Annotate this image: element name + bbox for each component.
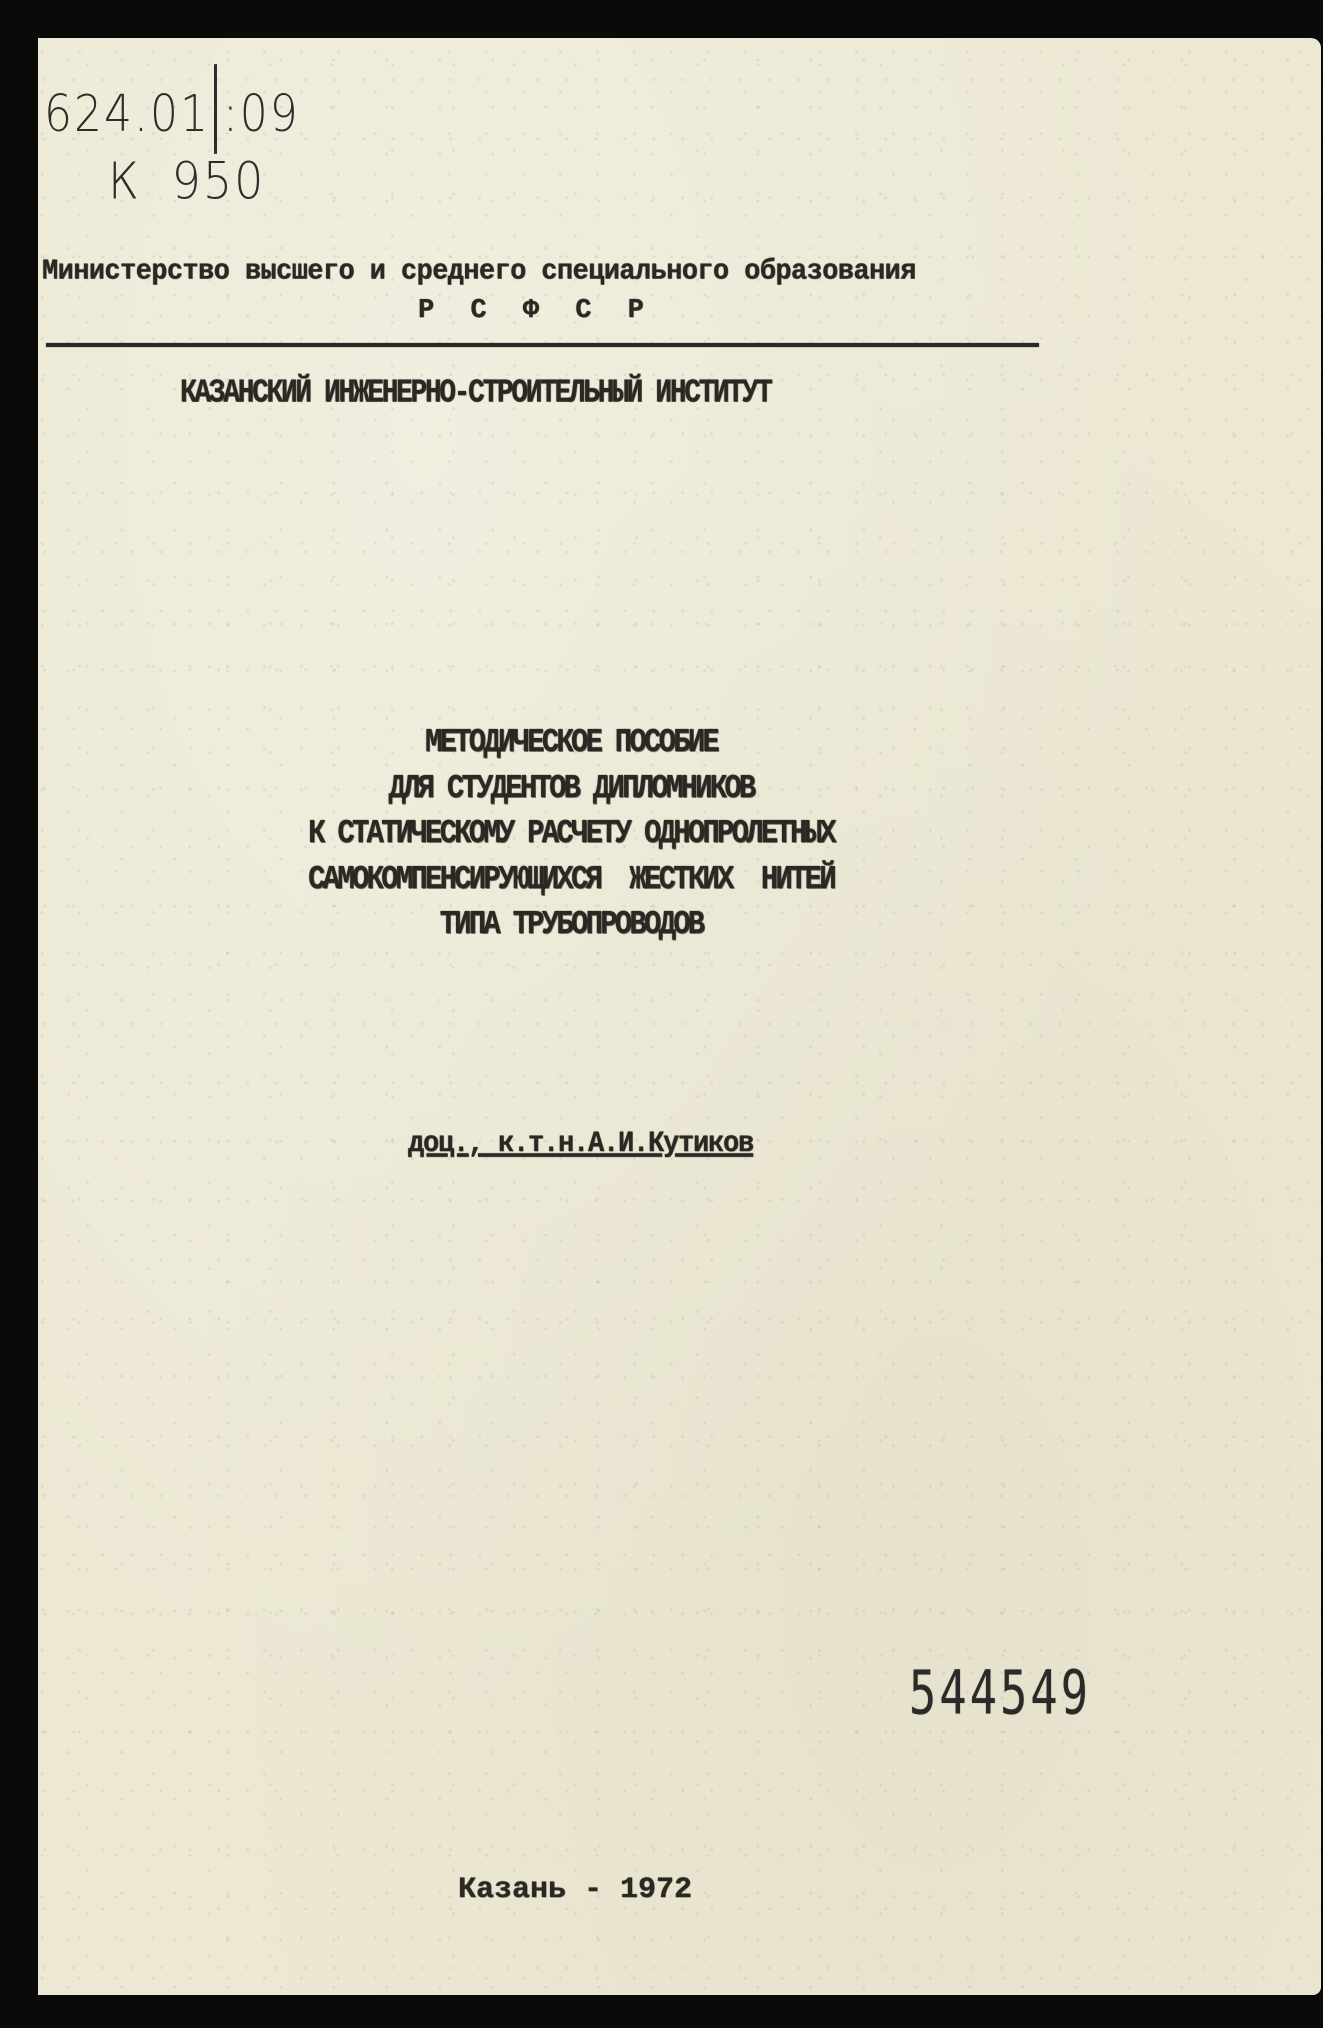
author-line: доц., к.т.н.А.И.Кутиков: [408, 1128, 753, 1161]
ministry-heading: Министерство высшего и среднего специаль…: [42, 256, 1042, 288]
title-line: К СТАТИЧЕСКОМУ РАСЧЕТУ ОДНОПРОЛЕТНЫХ: [38, 808, 1104, 860]
inventory-stamp-number: 544549: [909, 1657, 1091, 1728]
handwritten-udc-code: 624.01:09: [44, 64, 300, 154]
institute-heading: КАЗАНСКИЙ ИНЖЕНЕРНО-СТРОИТЕЛЬНЫЙ ИНСТИТУ…: [180, 375, 771, 412]
header-divider: [46, 343, 1039, 347]
udc-separator: [214, 64, 217, 154]
title-line: ТИПА ТРУБОПРОВОДОВ: [38, 899, 1104, 951]
title-line: МЕТОДИЧЕСКОЕ ПОСОБИЕ: [38, 717, 1104, 769]
title-line: САМОКОМПЕНСИРУЮЩИХСЯ ЖЕСТКИХ НИТЕЙ: [38, 853, 1104, 905]
udc-left: 624.01: [44, 85, 210, 144]
udc-right: :09: [223, 85, 300, 144]
document-title: МЕТОДИЧЕСКОЕ ПОСОБИЕ ДЛЯ СТУДЕНТОВ ДИПЛО…: [38, 720, 1104, 948]
document-page: 624.01:09 К 950 Министерство высшего и с…: [38, 38, 1321, 1995]
republic-heading: Р С Ф С Р: [418, 296, 654, 326]
handwritten-author-code: К 950: [108, 151, 265, 210]
title-line: ДЛЯ СТУДЕНТОВ ДИПЛОМНИКОВ: [38, 762, 1104, 814]
imprint-place-year: Казань - 1972: [458, 1873, 692, 1907]
